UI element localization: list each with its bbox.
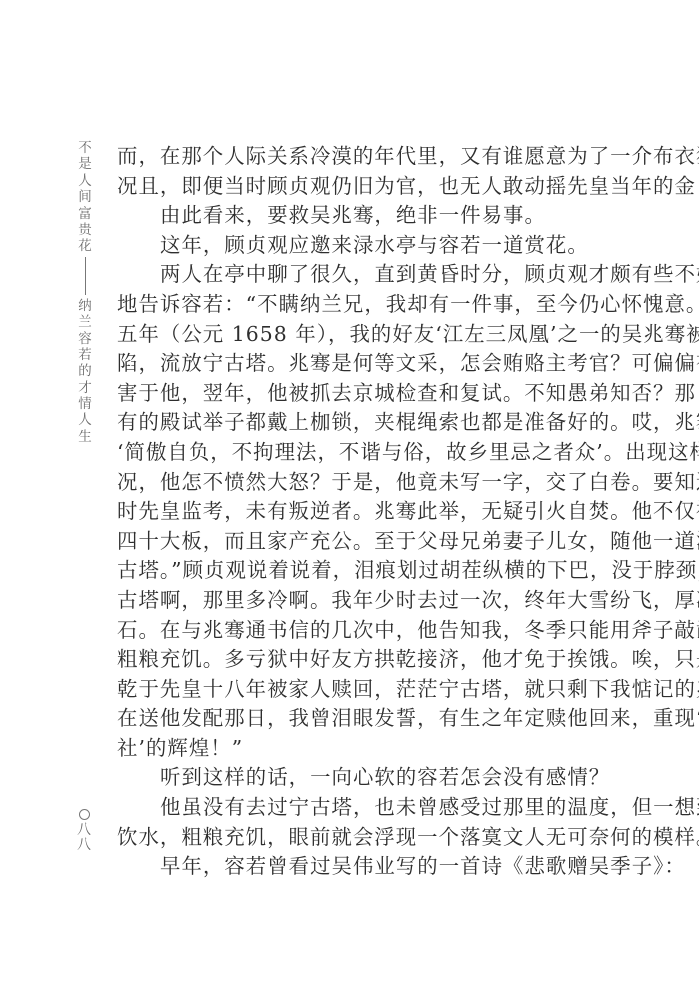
subtitle-char: 兰 xyxy=(76,314,94,330)
text-line: 时先皇监考，未有叛逆者。兆骞此举，无疑引火自焚。他不仅被暴打 xyxy=(117,497,599,527)
text-line: 乾于先皇十八年被家人赎回，茫茫宁古塔，就只剩下我惦记的兆骞了！ xyxy=(117,675,599,705)
text-line: 害于他，翌年，他被抓去京城检查和复试。不知愚弟知否？那日，所 xyxy=(117,379,599,409)
text-line: 而，在那个人际关系冷漠的年代里，又有谁愿意为了一介布衣犯险？ xyxy=(117,142,599,172)
running-head-vertical-title: 不 是 人 间 富 贵 花 纳 兰 容 若 的 才 情 人 生 xyxy=(76,140,94,445)
title-char: 间 xyxy=(76,189,94,205)
subtitle-char: 纳 xyxy=(76,298,94,314)
paragraph-start-line: 由此看来，要救吴兆骞，绝非一件易事。 xyxy=(117,201,599,231)
subtitle-char: 情 xyxy=(76,396,94,412)
text-line: 古塔。”顾贞观说着说着，泪痕划过胡茬纵横的下巴，没于脖颈，“宁 xyxy=(117,556,599,586)
paragraph-start-line: 两人在亭中聊了很久，直到黄昏时分，顾贞观才颇有些不好意思 xyxy=(117,260,599,290)
subtitle-char: 容 xyxy=(76,331,94,347)
title-char: 贵 xyxy=(76,222,94,238)
subtitle-char: 才 xyxy=(76,380,94,396)
em-dash-divider xyxy=(85,257,86,295)
page-number-char: 八 xyxy=(74,823,94,838)
paragraph-start-line: 他虽没有去过宁古塔，也未曾感受过那里的温度，但一想到凿冰 xyxy=(117,793,599,823)
subtitle-char: 生 xyxy=(76,429,94,445)
text-line: 在送他发配那日，我曾泪眼发誓，有生之年定赎他回来，重现‘慎交 xyxy=(117,704,599,734)
zero-circle-glyph xyxy=(79,809,90,820)
title-char: 花 xyxy=(76,238,94,254)
title-char: 不 xyxy=(76,140,94,156)
text-line: 社’的辉煌！” xyxy=(117,734,599,764)
text-line: 饮水，粗粮充饥，眼前就会浮现一个落寞文人无可奈何的模样。 xyxy=(117,823,599,853)
text-line: 地告诉容若：“不瞒纳兰兄，我却有一件事，至今仍心怀愧意。先皇十 xyxy=(117,290,599,320)
text-line: 四十大板，而且家产充公。至于父母兄弟妻子儿女，随他一道流放宁 xyxy=(117,527,599,557)
text-line: 陷，流放宁古塔。兆骞是何等文采，怎会贿赂主考官？可偏偏有人陷 xyxy=(117,349,599,379)
title-char: 富 xyxy=(76,206,94,222)
text-line: 石。在与兆骞通书信的几次中，他告知我，冬季只能用斧子敲凿冰块， xyxy=(117,616,599,646)
subtitle-char: 若 xyxy=(76,347,94,363)
text-line: 五年（公元 1658 年），我的好友‘江左三凤凰’之一的吴兆骞被人诬 xyxy=(117,320,599,350)
text-line: 况，他怎不愤然大怒？于是，他竟未写一字，交了白卷。要知道，当 xyxy=(117,468,599,498)
subtitle-char: 的 xyxy=(76,363,94,379)
text-line: 况且，即便当时顾贞观仍旧为官，也无人敢动摇先皇当年的金口一言。 xyxy=(117,172,599,202)
paragraph-start-line: 早年，容若曾看过吴伟业写的一首诗《悲歌赠吴季子》： xyxy=(117,852,599,882)
text-line: ‘简傲自负，不拘理法，不谐与俗，故乡里忌之者众’。出现这样的状 xyxy=(117,438,599,468)
page-number-char: 八 xyxy=(74,838,94,853)
page-number: 八 八 xyxy=(74,808,94,853)
title-char: 是 xyxy=(76,156,94,172)
paragraph-start-line: 这年，顾贞观应邀来渌水亭与容若一道赏花。 xyxy=(117,231,599,261)
title-char: 人 xyxy=(76,173,94,189)
paragraph-start-line: 听到这样的话，一向心软的容若怎会没有感情？ xyxy=(117,763,599,793)
body-text: 而，在那个人际关系冷漠的年代里，又有谁愿意为了一介布衣犯险？ 况且，即便当时顾贞… xyxy=(117,142,599,882)
subtitle-char: 人 xyxy=(76,412,94,428)
book-page: 不 是 人 间 富 贵 花 纳 兰 容 若 的 才 情 人 生 八 八 而，在那… xyxy=(0,0,699,1000)
text-line: 古塔啊，那里多冷啊。我年少时去过一次，终年大雪纷飞，厚冰如巨 xyxy=(117,586,599,616)
text-line: 粗粮充饥。多亏狱中好友方拱乾接济，他才免于挨饿。唉，只是方拱 xyxy=(117,645,599,675)
text-line: 有的殿试举子都戴上枷锁，夹棍绳索也都是准备好的。哎，兆骞为人 xyxy=(117,408,599,438)
